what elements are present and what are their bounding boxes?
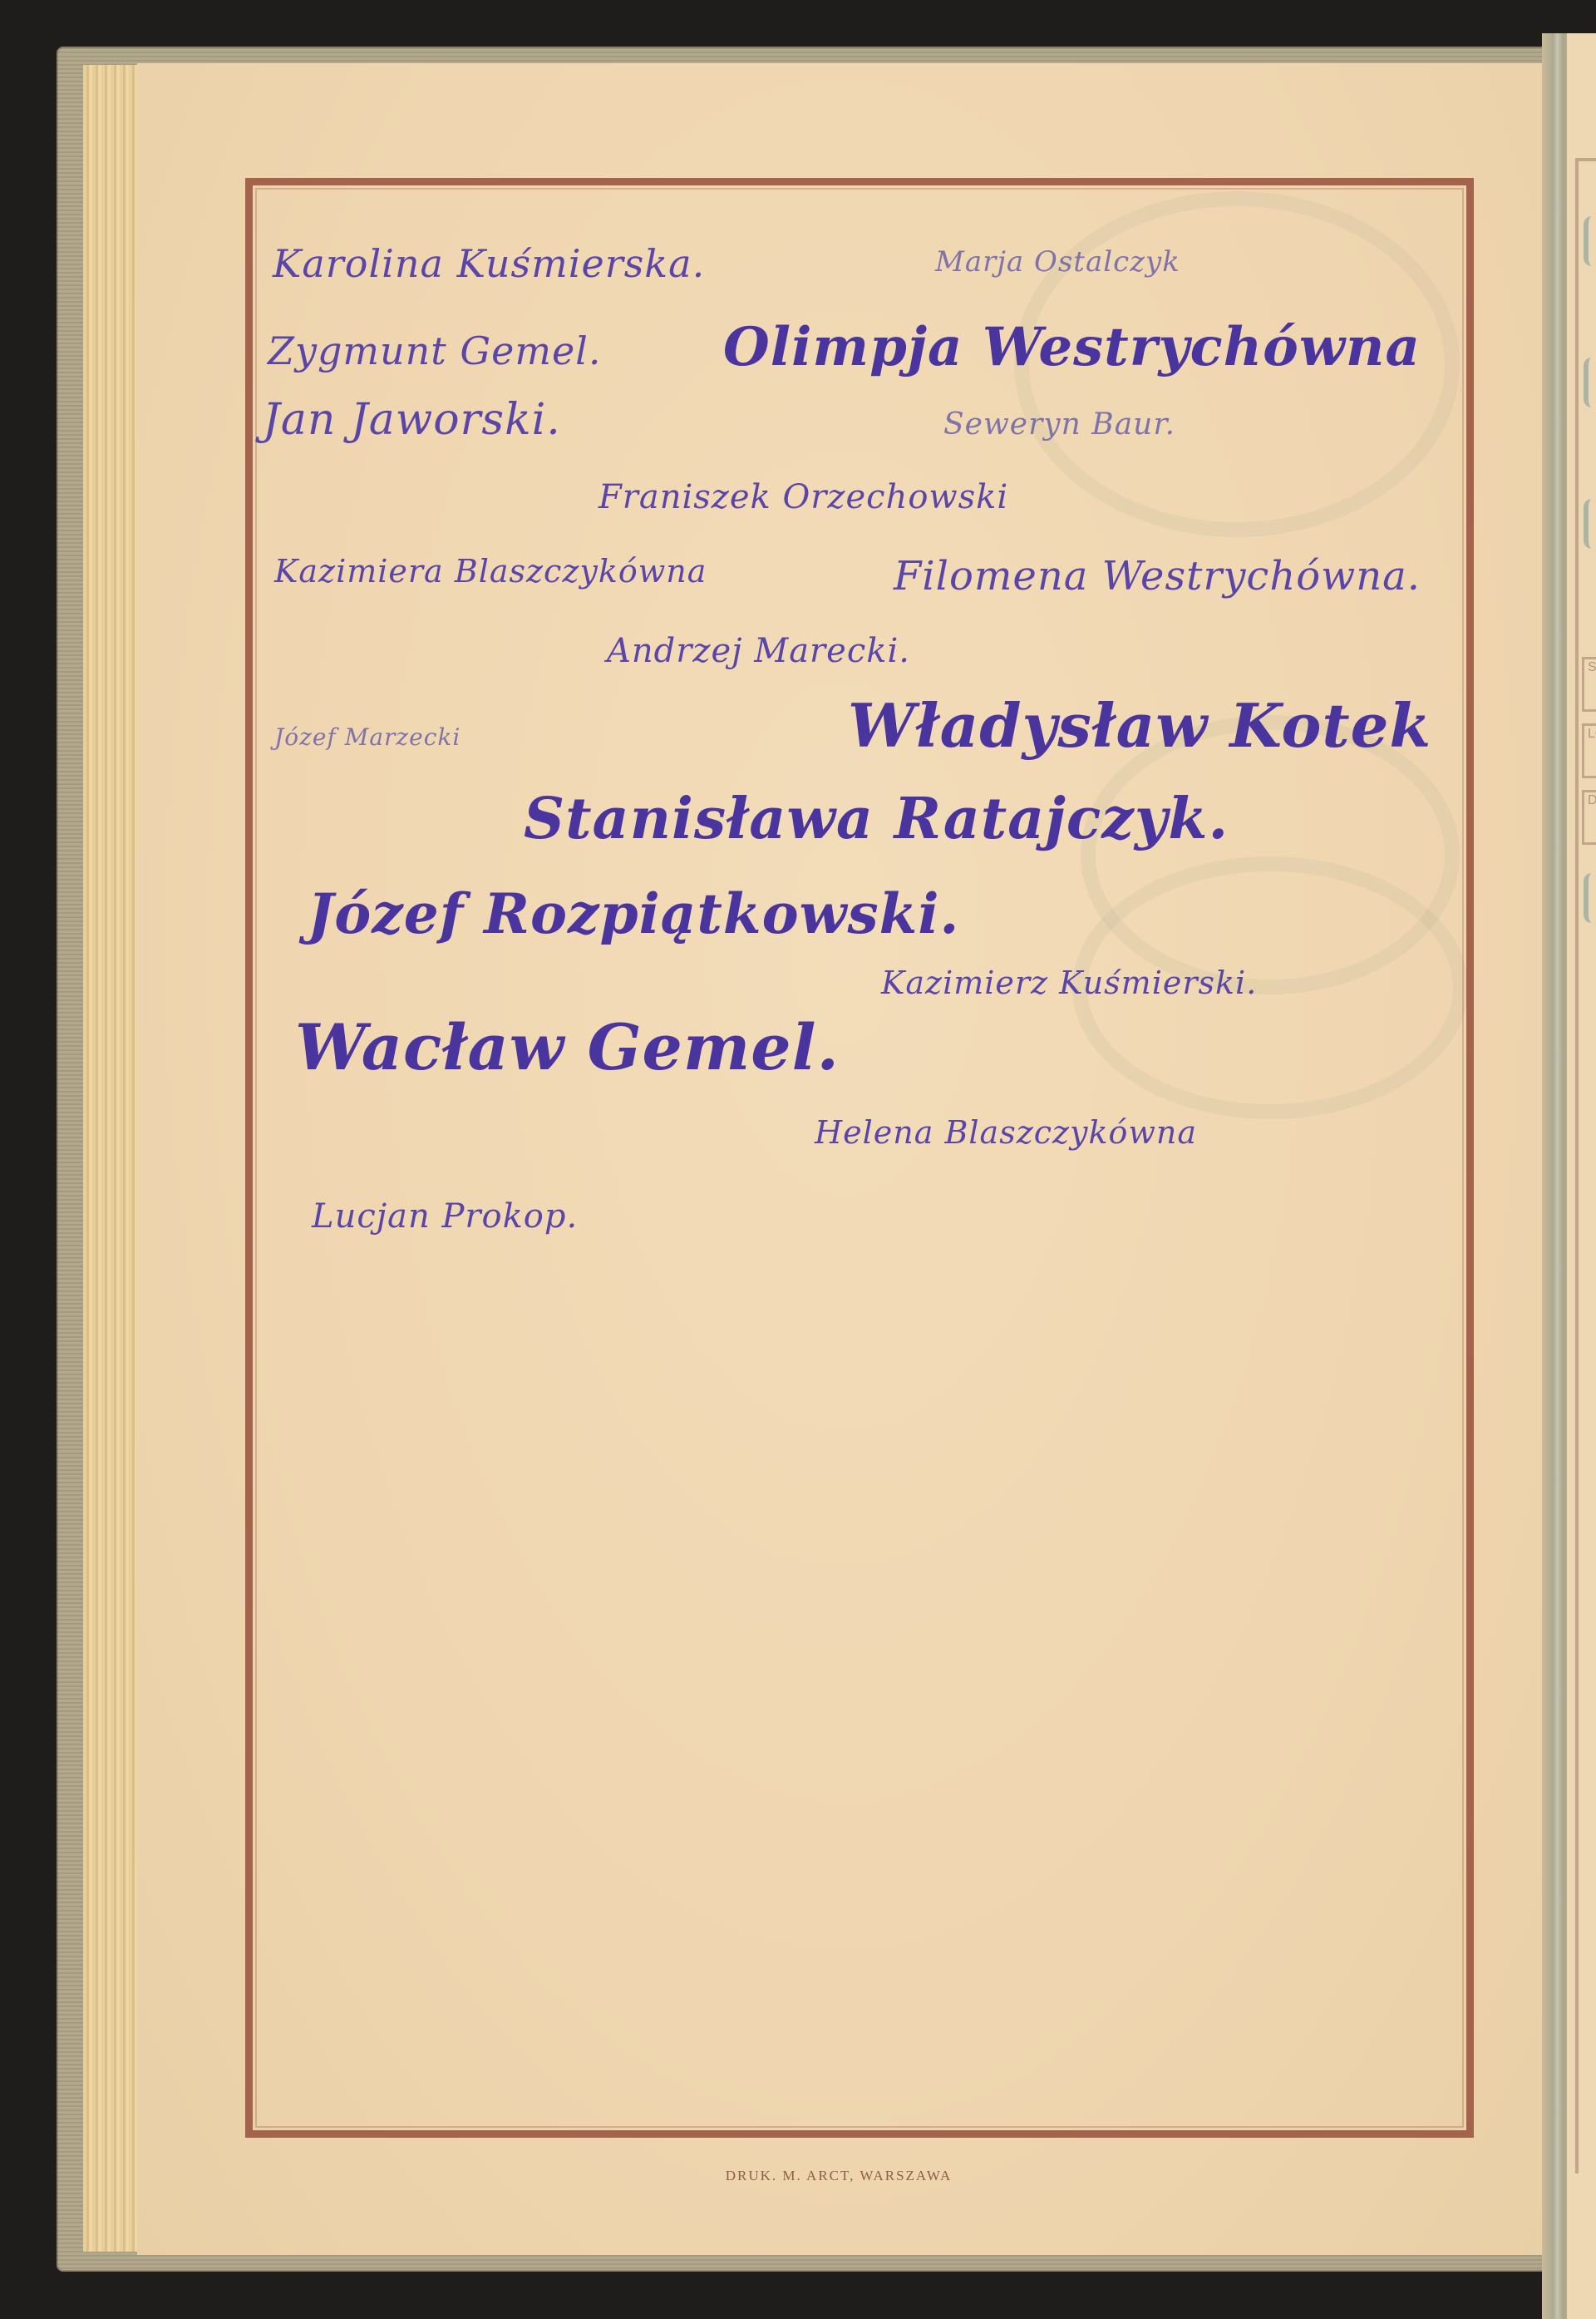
handwritten-signature: Marja Ostalczyk xyxy=(935,245,1180,279)
handwritten-signature: Karolina Kuśmierska. xyxy=(273,241,705,286)
book-gutter xyxy=(1542,33,1570,2319)
handwritten-signature: Jan Jaworski. xyxy=(263,395,561,445)
ornament-icon xyxy=(1584,499,1596,549)
facing-page-frame xyxy=(1575,158,1596,2173)
handwritten-signature: Lucjan Prokop. xyxy=(312,1197,578,1236)
facing-label-box: DIST PO xyxy=(1582,790,1596,845)
handwritten-signature: Franiszek Orzechowski xyxy=(598,478,1008,516)
handwritten-signature: Józef Marzecki xyxy=(274,723,461,751)
handwritten-signature: Filomena Westrychówna. xyxy=(894,553,1421,599)
ornament-icon xyxy=(1584,216,1596,266)
facing-label-box: SCH SZK xyxy=(1582,657,1596,712)
handwritten-signature: Helena Blaszczykówna xyxy=(815,1114,1197,1151)
page-edge-stack xyxy=(83,65,140,2252)
imprint-text: DRUK. M. ARCT, WARSZAWA xyxy=(726,2168,953,2183)
ornament-icon xyxy=(1584,873,1596,923)
ornament-icon xyxy=(1584,358,1596,407)
printer-imprint: DRUK. M. ARCT, WARSZAWA xyxy=(0,2168,1596,2184)
handwritten-signature: Wacław Gemel. xyxy=(295,1010,840,1084)
handwritten-signature: Józef Rozpiątkowski. xyxy=(308,881,959,946)
facing-page-edge: SCH SZK LOC MIE DIST PO xyxy=(1567,33,1596,2319)
facing-label-box: LOC MIE xyxy=(1582,723,1596,778)
handwritten-signature: Olimpja Westrychówna xyxy=(723,316,1421,378)
handwritten-signature: Stanisława Ratajczyk. xyxy=(524,786,1229,852)
handwritten-signature: Andrzej Marecki. xyxy=(607,632,910,670)
handwritten-signature: Kazimierz Kuśmierski. xyxy=(881,965,1257,1001)
handwritten-signature: Zygmunt Gemel. xyxy=(268,328,602,373)
handwritten-signature: Władysław Kotek xyxy=(848,690,1431,761)
handwritten-signature: Seweryn Baur. xyxy=(943,407,1175,442)
handwritten-signature: Kazimiera Blaszczykówna xyxy=(274,553,707,590)
